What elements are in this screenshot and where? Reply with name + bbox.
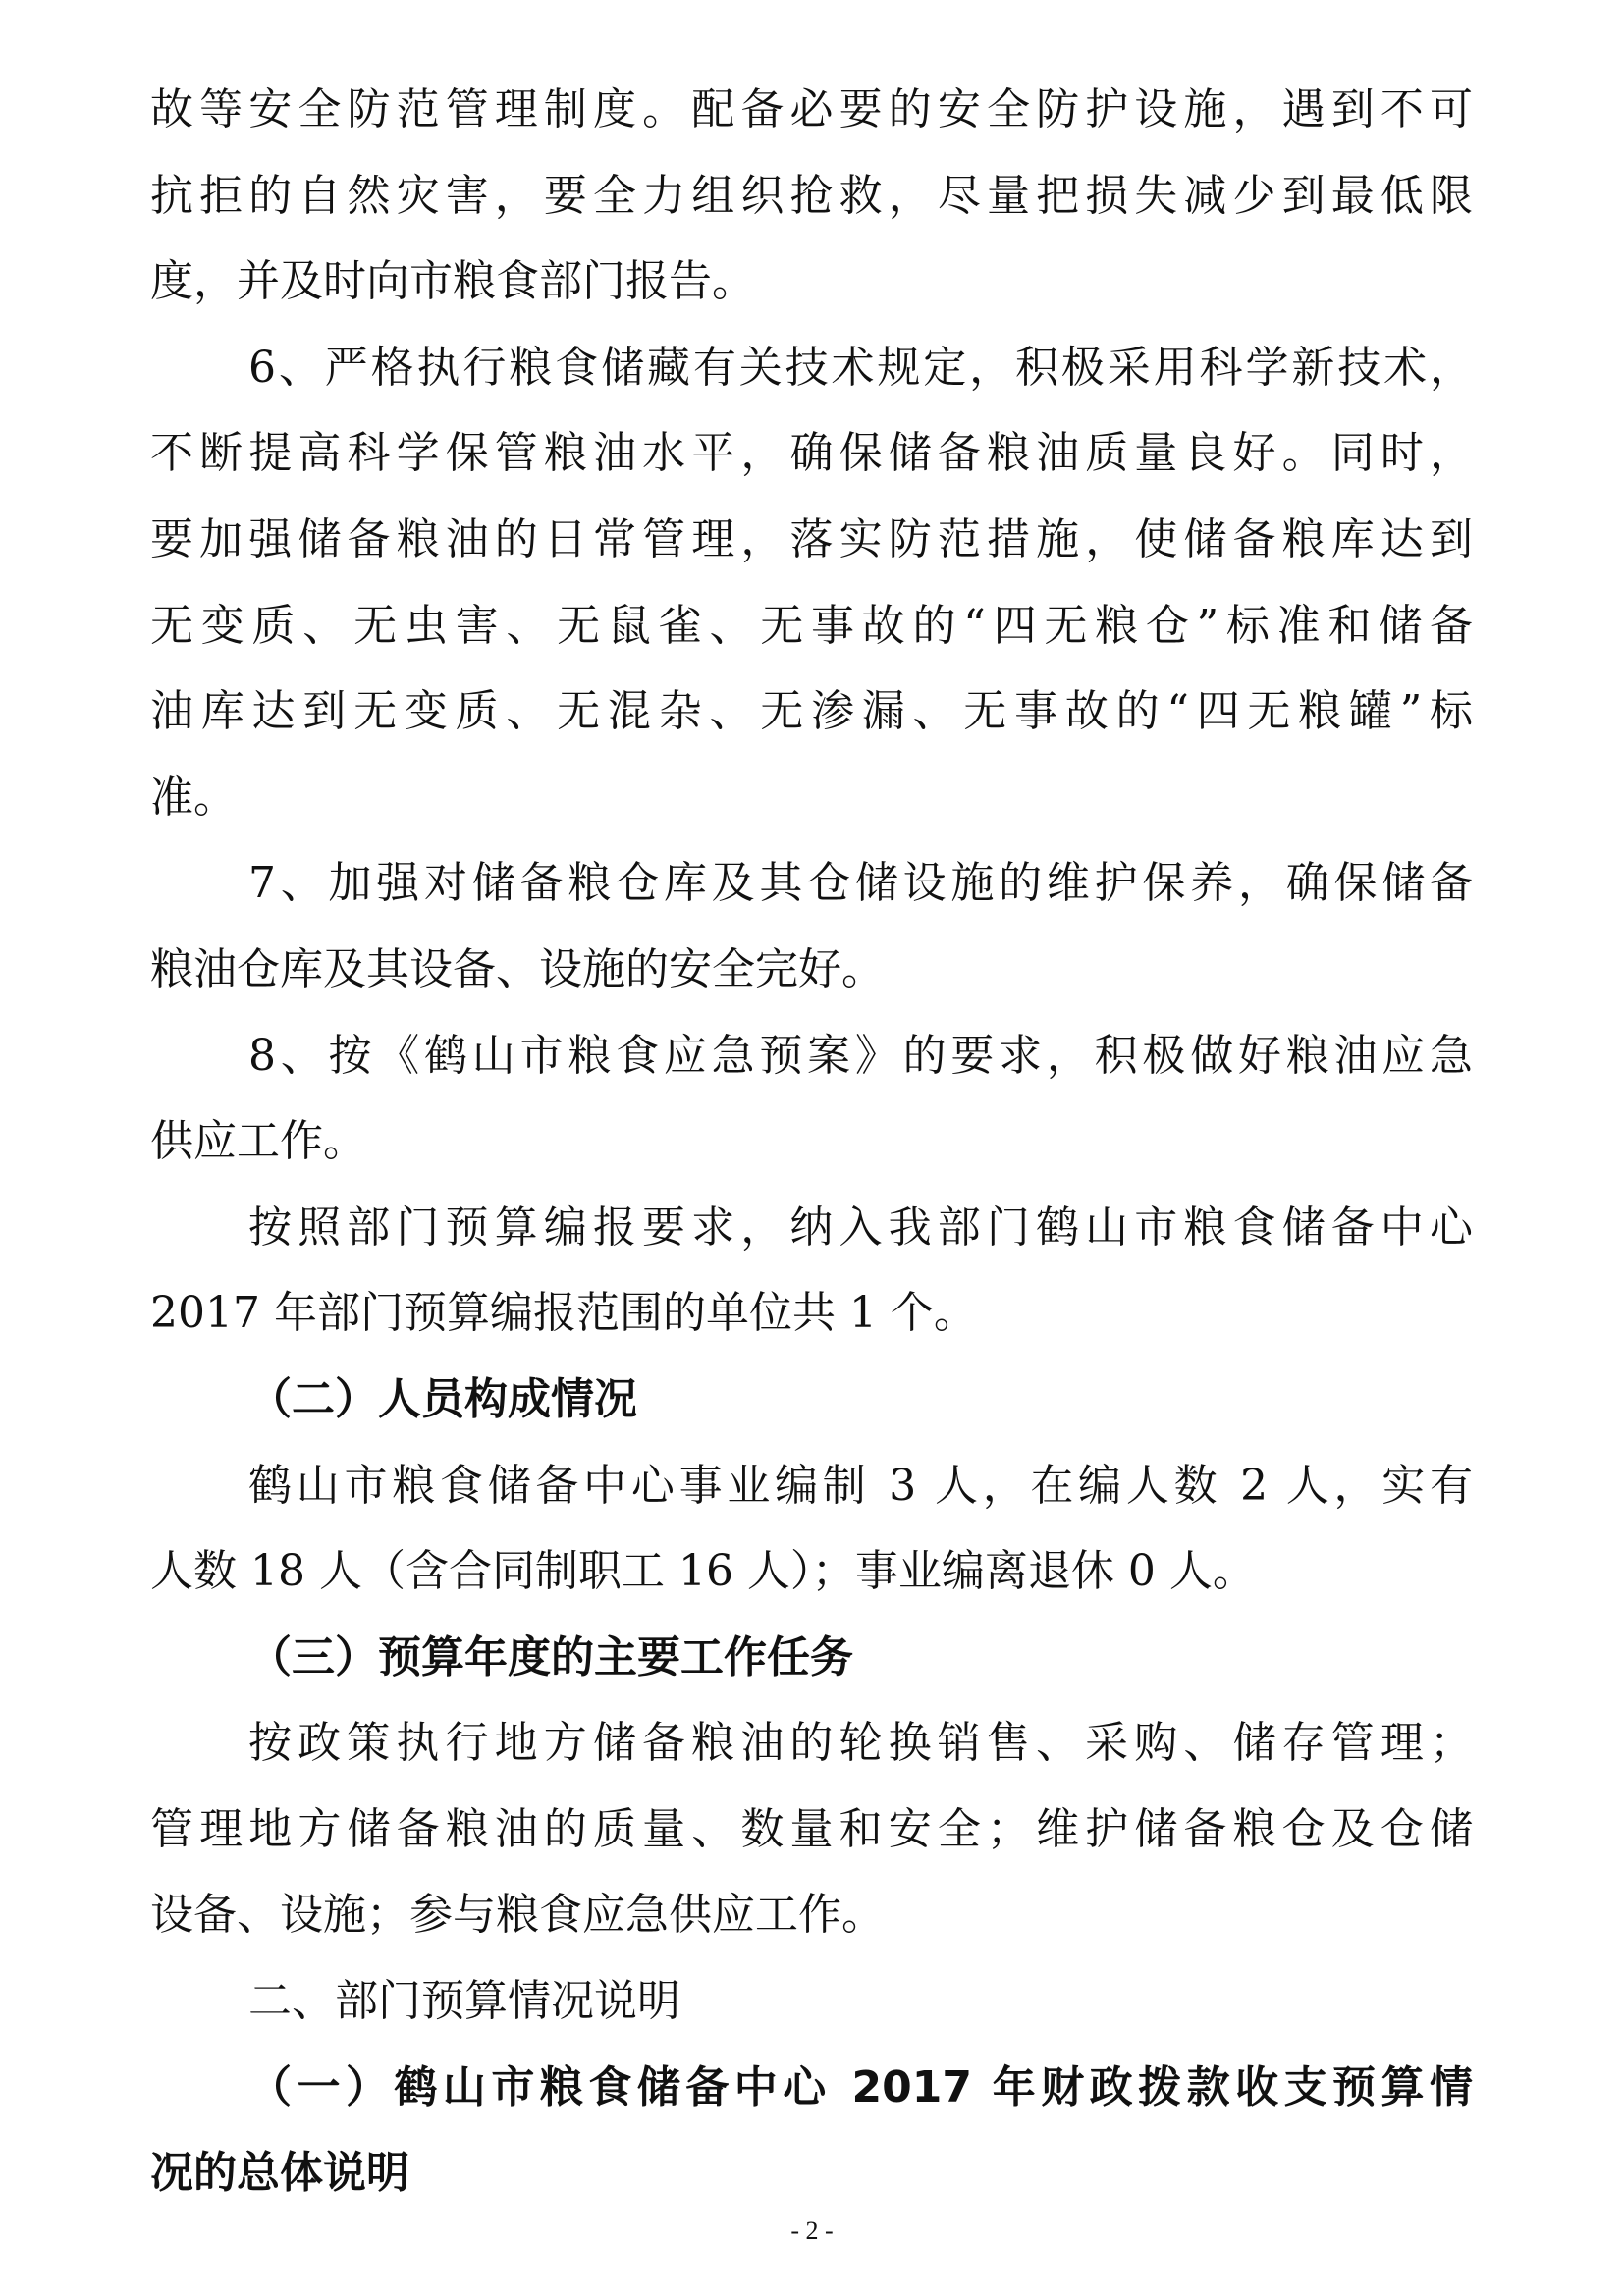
text-line: 油库达到无变质、无混杂、无渗漏、无事故的“四无粮罐”标 xyxy=(150,668,1473,755)
page-number: - 2 - xyxy=(0,2216,1624,2246)
paragraph-scope: 按照部门预算编报要求，纳入我部门鹤山市粮食储备中心 xyxy=(150,1185,1473,1271)
text-line: 不断提高科学保管粮油水平，确保储备粮油质量良好。同时， xyxy=(150,410,1473,497)
text-line: 设备、设施；参与粮食应急供应工作。 xyxy=(150,1872,1473,1958)
list-item-8: 8、按《鹤山市粮食应急预案》的要求，积极做好粮油应急 xyxy=(150,1013,1473,1099)
paragraph-staff: 鹤山市粮食储备中心事业编制 3 人，在编人数 2 人，实有 xyxy=(150,1443,1473,1529)
text-line: 粮油仓库及其设备、设施的安全完好。 xyxy=(150,927,1473,1013)
list-item-6: 6、严格执行粮食储藏有关技术规定，积极采用科学新技术， xyxy=(150,325,1473,411)
section-heading-staff: （二）人员构成情况 xyxy=(150,1357,1473,1443)
list-item-7: 7、加强对储备粮仓库及其仓储设施的维护保养，确保储备 xyxy=(150,840,1473,927)
text-line: 供应工作。 xyxy=(150,1098,1473,1185)
text-line: 无变质、无虫害、无鼠雀、无事故的“四无粮仓”标准和储备 xyxy=(150,583,1473,669)
text-line: 故等安全防范管理制度。配备必要的安全防护设施，遇到不可 xyxy=(150,67,1473,153)
text-line: 度，并及时向市粮食部门报告。 xyxy=(150,239,1473,325)
section-heading-overview: （一）鹤山市粮食储备中心 2017 年财政拨款收支预算情 xyxy=(150,2045,1473,2131)
body-text: 故等安全防范管理制度。配备必要的安全防护设施，遇到不可 抗拒的自然灾害，要全力组… xyxy=(150,67,1473,2216)
chapter-heading-budget: 二、部门预算情况说明 xyxy=(150,1958,1473,2045)
text-line: 抗拒的自然灾害，要全力组织抢救，尽量把损失减少到最低限 xyxy=(150,153,1473,240)
text-line: 人数 18 人（含合同制职工 16 人）；事业编离退休 0 人。 xyxy=(150,1528,1473,1615)
text-line: 准。 xyxy=(150,755,1473,841)
text-line: 要加强储备粮油的日常管理，落实防范措施，使储备粮库达到 xyxy=(150,497,1473,583)
document-page: 故等安全防范管理制度。配备必要的安全防护设施，遇到不可 抗拒的自然灾害，要全力组… xyxy=(0,0,1624,2296)
text-line: 况的总体说明 xyxy=(150,2130,1473,2216)
text-line: 2017 年部门预算编报范围的单位共 1 个。 xyxy=(150,1270,1473,1357)
text-line: 管理地方储备粮油的质量、数量和安全；维护储备粮仓及仓储 xyxy=(150,1787,1473,1873)
section-heading-tasks: （三）预算年度的主要工作任务 xyxy=(150,1615,1473,1701)
paragraph-tasks: 按政策执行地方储备粮油的轮换销售、采购、储存管理； xyxy=(150,1700,1473,1787)
